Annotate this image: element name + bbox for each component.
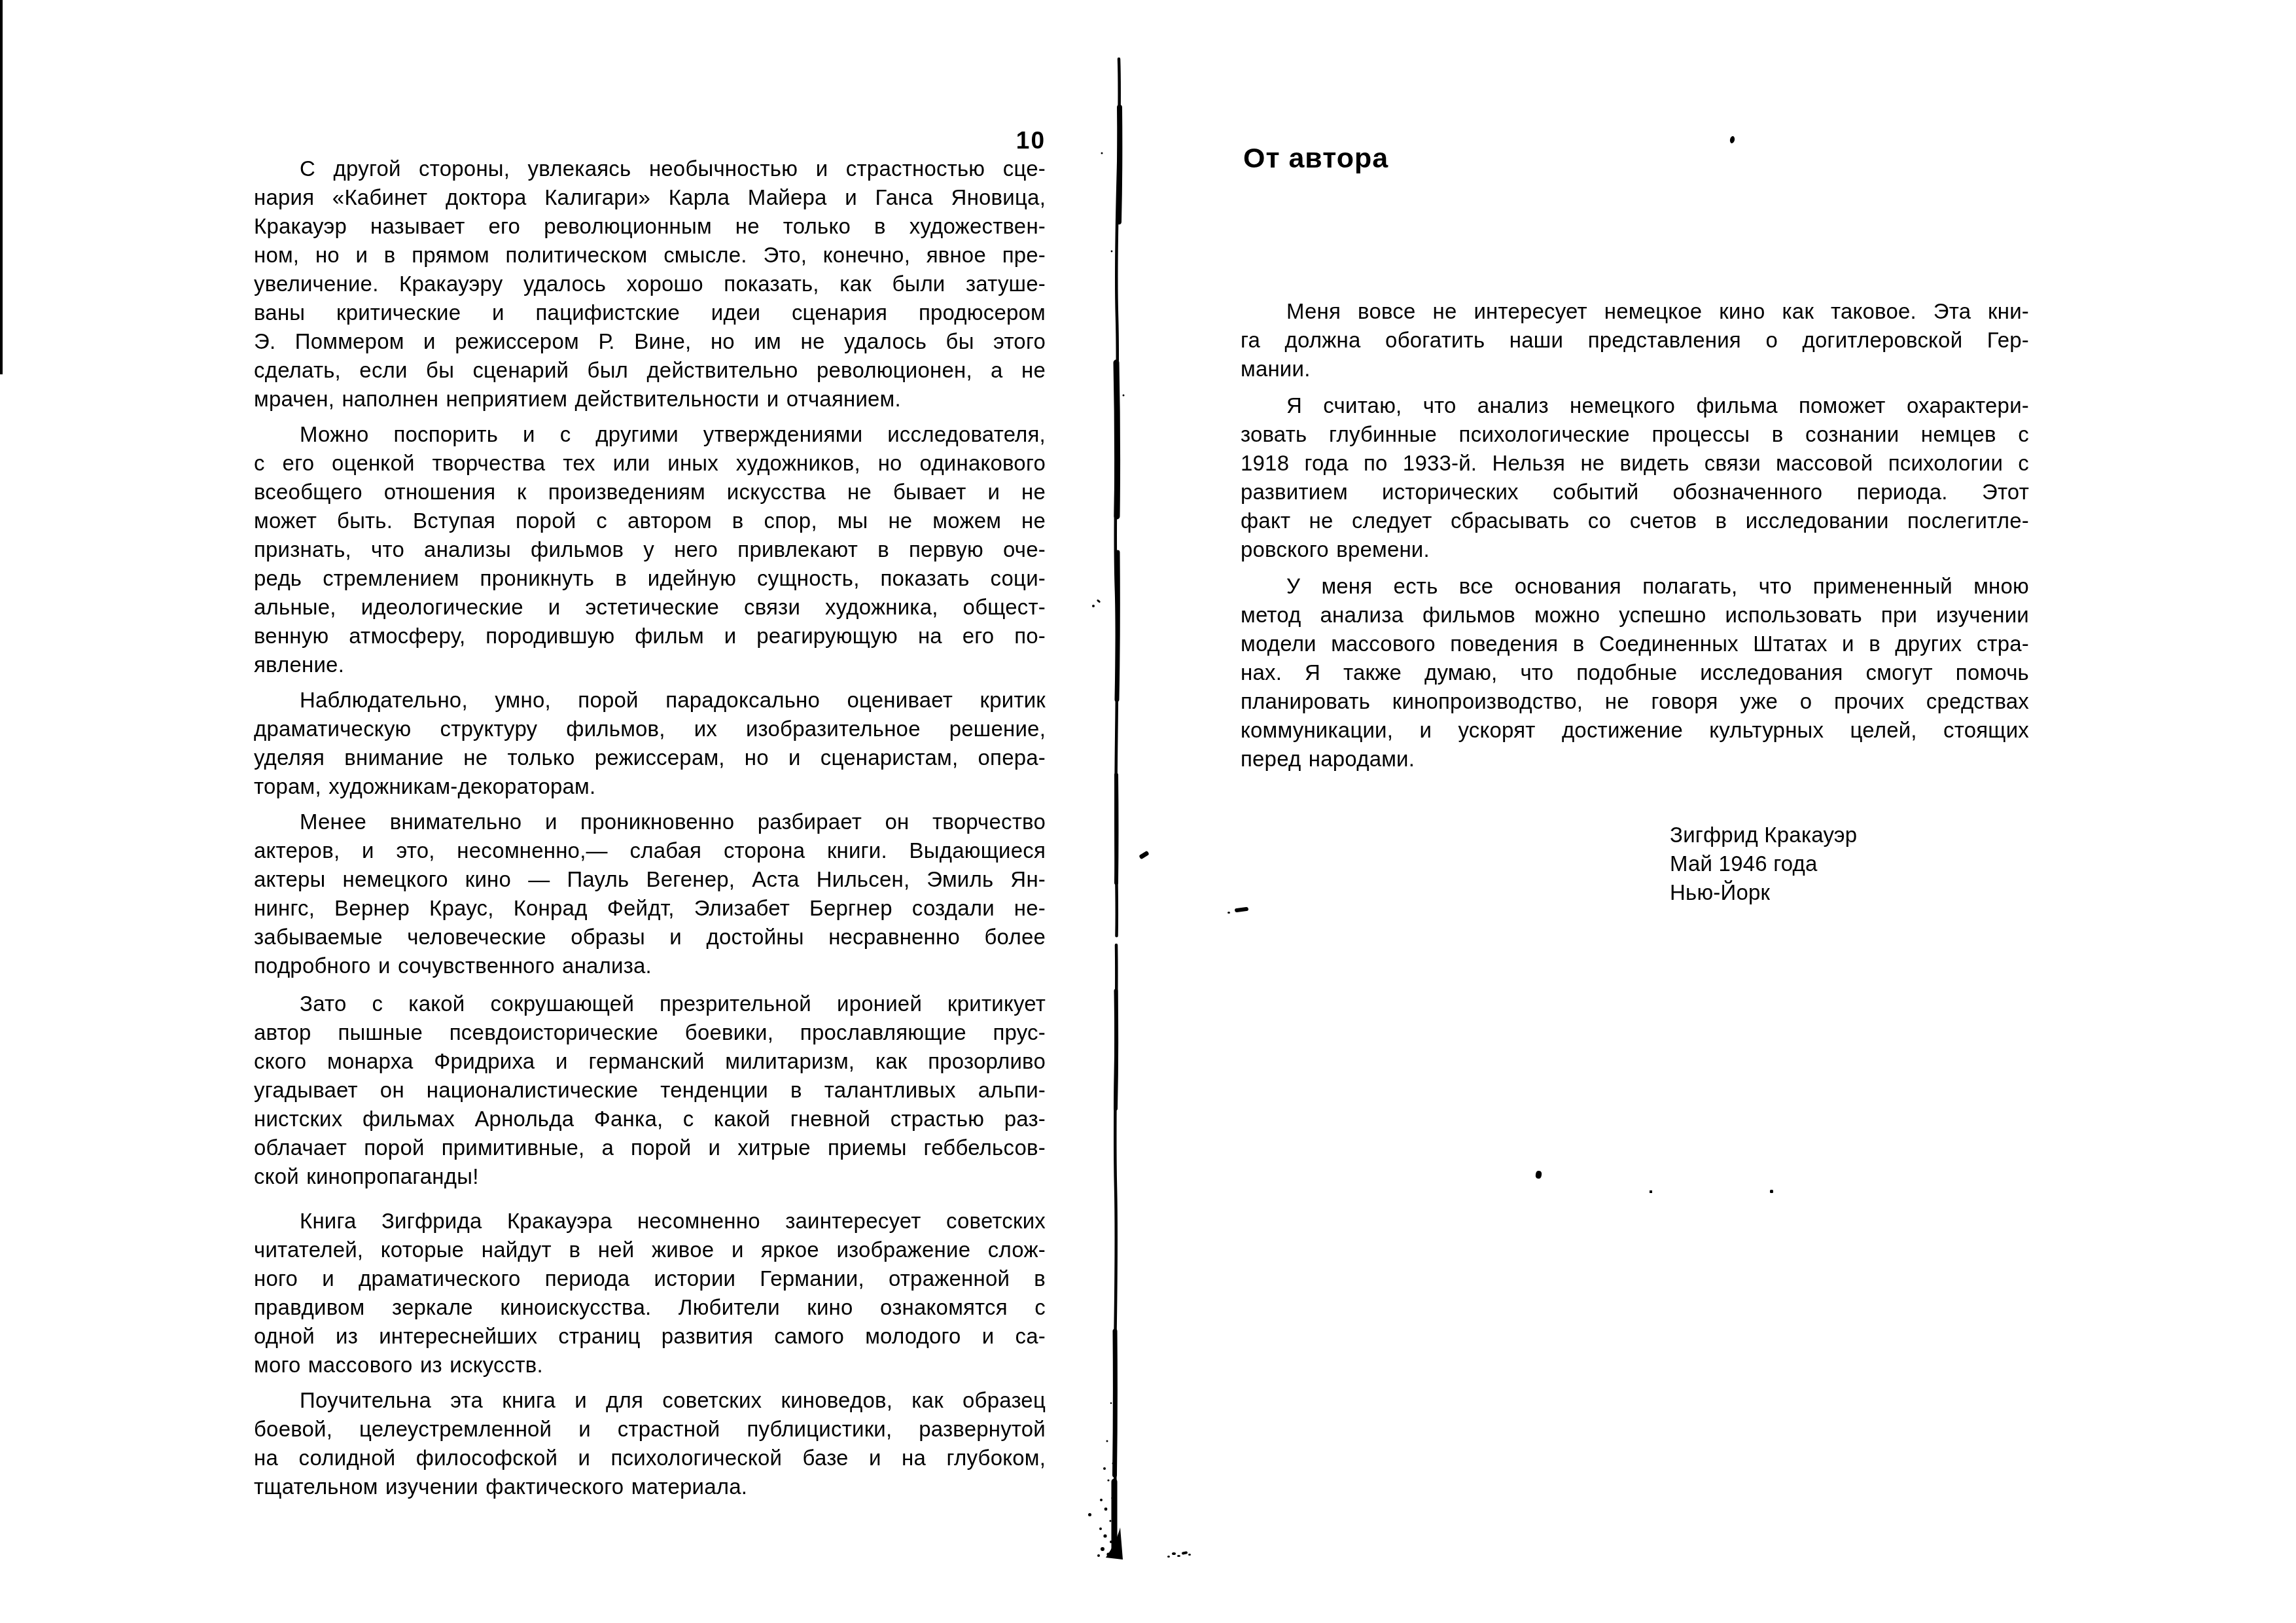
text-line: Поучительна эта книга и для советских ки… (254, 1386, 1046, 1415)
text-line: правдивом зеркале киноискусства. Любител… (254, 1293, 1046, 1322)
text-line: читателей, которые найдут в ней живое и … (254, 1236, 1046, 1264)
text-line: нингс, Вернер Краус, Конрад Фейдт, Элиза… (254, 894, 1046, 923)
page-number: 10 (915, 127, 1046, 154)
text-line: уделяя внимание не только режиссерам, но… (254, 743, 1046, 772)
text-line: Кракауэр называет его революционным не т… (254, 212, 1046, 241)
right-page-text: Меня вовсе не интересует немецкое кино к… (1241, 297, 2029, 774)
text-line: зовать глубинные психологические процесс… (1241, 420, 2029, 449)
text-line: ного и драматического периода истории Ге… (254, 1264, 1046, 1293)
text-line: модели массового поведения в Соединенных… (1241, 630, 2029, 658)
text-line: боевой, целеустремленной и страстной пуб… (254, 1415, 1046, 1444)
text-line: Зато с какой сокрушающей презрительной и… (254, 990, 1046, 1018)
scan-speck (1729, 135, 1735, 143)
text-line: коммуникации, и ускорят достижение культ… (1241, 716, 2029, 745)
text-line: ровского времени. (1241, 535, 2029, 564)
scan-speck (1088, 1513, 1091, 1516)
text-line: Я считаю, что анализ немецкого фильма по… (1241, 391, 2029, 420)
text-line: автор пышные псевдоисторические боевики,… (254, 1018, 1046, 1047)
text-line: Зигфрид Кракауэр (1670, 821, 1857, 849)
text-line: метод анализа фильмов можно успешно испо… (1241, 601, 2029, 630)
text-line: Книга Зигфрида Кракауэра несомненно заин… (254, 1207, 1046, 1236)
text-line: Можно поспорить и с другими утверждениям… (254, 420, 1046, 449)
text-line: планировать кинопроизводство, не говоря … (1241, 687, 2029, 716)
left-page-text: С другой стороны, увлекаясь необычностью… (254, 154, 1046, 1501)
text-line: нария «Кабинет доктора Калигари» Карла М… (254, 183, 1046, 212)
text-line: С другой стороны, увлекаясь необычностью… (254, 154, 1046, 183)
gutter-shadow (1093, 55, 1145, 1567)
text-line: ского монарха Фридриха и германский мили… (254, 1047, 1046, 1076)
text-line: Нью-Йорк (1670, 878, 1857, 907)
text-line: забываемые человеческие образы и достойн… (254, 923, 1046, 952)
text-line: У меня есть все основания полагать, что … (1241, 572, 2029, 601)
text-line: венную атмосферу, породившую фильм и реа… (254, 622, 1046, 651)
paragraph: Поучительна эта книга и для советских ки… (254, 1386, 1046, 1501)
scan-speck (1188, 1554, 1191, 1556)
scan-speck (1092, 605, 1095, 607)
section-heading: От автора (1243, 143, 1388, 175)
scan-speck (1227, 912, 1230, 914)
scan-edge-line (0, 0, 3, 374)
text-line: га должна обогатить наши представления о… (1241, 326, 2029, 355)
text-line: редь стремлением проникнуть в идейную су… (254, 564, 1046, 593)
text-line: признать, что анализы фильмов у него при… (254, 535, 1046, 564)
scan-speck (1650, 1190, 1652, 1193)
scan-speck (1182, 1551, 1188, 1555)
signature-block: Зигфрид КракауэрМай 1946 годаНью-Йорк (1670, 821, 1857, 907)
text-line: драматическую структуру фильмов, их изоб… (254, 715, 1046, 743)
paragraph: У меня есть все основания полагать, что … (1241, 572, 2029, 774)
text-line: увеличение. Кракауэру удалось хорошо пок… (254, 270, 1046, 298)
scan-speck (1177, 1555, 1180, 1557)
text-line: ваны критические и пацифистские идеи сце… (254, 298, 1046, 327)
text-line: облачает порой примитивные, а порой и хи… (254, 1133, 1046, 1162)
scan-speck (1235, 907, 1249, 913)
text-line: явление. (254, 651, 1046, 679)
text-line: перед народами. (1241, 745, 2029, 774)
paragraph: Менее внимательно и проникновенно разбир… (254, 808, 1046, 980)
paragraph: Зато с какой сокрушающей презрительной и… (254, 990, 1046, 1191)
text-line: нах. Я также думаю, что подобные исследо… (1241, 658, 2029, 687)
text-line: факт не следует сбрасывать со счетов в и… (1241, 507, 2029, 535)
text-line: Э. Поммером и режиссером Р. Вине, но им … (254, 327, 1046, 356)
text-line: Менее внимательно и проникновенно разбир… (254, 808, 1046, 836)
text-line: с его оценкой творчества тех или иных ху… (254, 449, 1046, 478)
text-line: Май 1946 года (1670, 849, 1857, 878)
paragraph: Меня вовсе не интересует немецкое кино к… (1241, 297, 2029, 383)
text-line: на солидной философской и психологическо… (254, 1444, 1046, 1472)
text-line: подробного и сочувственного анализа. (254, 952, 1046, 980)
paragraph: Книга Зигфрида Кракауэра несомненно заин… (254, 1207, 1046, 1380)
text-line: мрачен, наполнен неприятием действительн… (254, 385, 1046, 414)
text-line: ном, но и в прямом политическом смысле. … (254, 241, 1046, 270)
scan-speck (1167, 1556, 1170, 1558)
text-line: актеры немецкого кино — Пауль Вегенер, А… (254, 865, 1046, 894)
text-line: угадывает он националистические тенденци… (254, 1076, 1046, 1105)
text-line: нистских фильмах Арнольда Фанка, с какой… (254, 1105, 1046, 1133)
text-line: тщательном изучении фактического материа… (254, 1472, 1046, 1501)
text-line: может быть. Вступая порой с автором в сп… (254, 507, 1046, 535)
text-line: всеобщего отношения к произведениям иску… (254, 478, 1046, 507)
text-line: развитием исторических событий обозначен… (1241, 478, 2029, 507)
paragraph: Наблюдательно, умно, порой парадоксально… (254, 686, 1046, 801)
text-line: актеров, и это, несомненно,— слабая стор… (254, 836, 1046, 865)
text-line: Наблюдательно, умно, порой парадоксально… (254, 686, 1046, 715)
paragraph: Можно поспорить и с другими утверждениям… (254, 420, 1046, 679)
text-line: 1918 года по 1933-й. Нельзя не видеть св… (1241, 449, 2029, 478)
book-spread-scan: 10 С другой стороны, увлекаясь необычнос… (0, 0, 2296, 1623)
text-line: сделать, если бы сценарий был действител… (254, 356, 1046, 385)
scan-speck (1770, 1190, 1773, 1193)
paragraph: Я считаю, что анализ немецкого фильма по… (1241, 391, 2029, 564)
text-line: альные, идеологические и эстетические св… (254, 593, 1046, 622)
text-line: Меня вовсе не интересует немецкое кино к… (1241, 297, 2029, 326)
paragraph: С другой стороны, увлекаясь необычностью… (254, 154, 1046, 414)
scan-speck (1172, 1552, 1176, 1555)
scan-speck (1535, 1170, 1542, 1179)
text-line: ской кинопропаганды! (254, 1162, 1046, 1191)
text-line: одной из интереснейших страниц развития … (254, 1322, 1046, 1351)
text-line: мании. (1241, 355, 2029, 383)
text-line: мого массового из искусств. (254, 1351, 1046, 1380)
gutter-speckle (1097, 152, 1125, 1558)
text-line: торам, художникам-декораторам. (254, 772, 1046, 801)
